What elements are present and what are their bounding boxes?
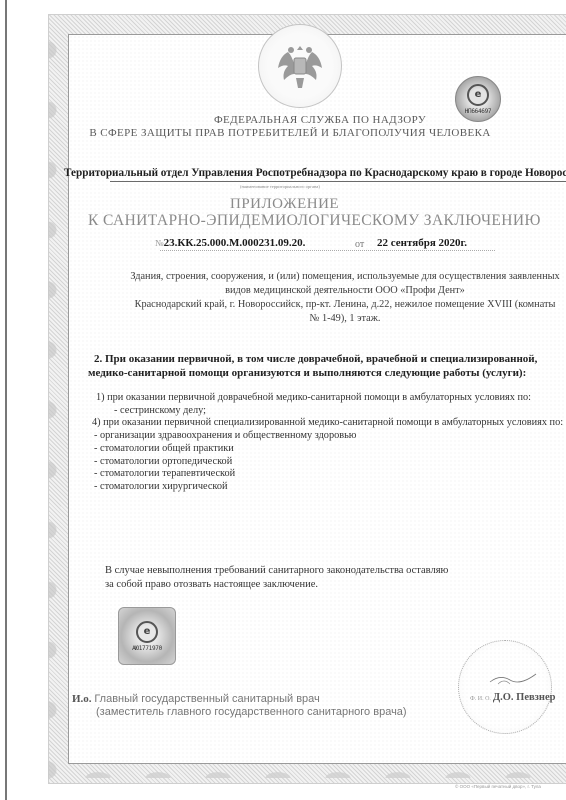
document-number: №23.КК.25.000.М.000231.09.20. <box>155 237 305 249</box>
warning-line: за собой право отозвать настоящее заключ… <box>105 578 448 592</box>
signature-block: И.о. Главный государственный санитарный … <box>72 693 407 719</box>
number-sign: № <box>155 238 164 248</box>
territorial-caption: (наименование территориального органа) <box>240 184 320 189</box>
revocation-warning: В случае невыполнения требований санитар… <box>105 564 448 592</box>
agency-name-line2: В СФЕРЕ ЗАЩИТЫ ПРАВ ПОТРЕБИТЕЛЕЙ И БЛАГО… <box>30 127 550 139</box>
section-line: 2. При оказании первичной, в том числе д… <box>94 352 537 366</box>
territorial-department: Территориальный отдел Управления Роспотр… <box>64 167 566 179</box>
handwritten-signature-icon <box>488 672 538 686</box>
appendix-subtitle: К САНИТАРНО-ЭПИДЕМИОЛОГИЧЕСКОМУ ЗАКЛЮЧЕН… <box>88 212 541 230</box>
work-subitem: - организации здравоохранения и обществе… <box>94 430 563 443</box>
warning-line: В случае невыполнения требований санитар… <box>105 564 448 578</box>
premises-line: Здания, строения, сооружения, и (или) по… <box>110 270 566 284</box>
premises-description: Здания, строения, сооружения, и (или) по… <box>110 270 566 326</box>
border-ornament-bottom <box>68 764 566 778</box>
work-subitem: - стоматологии ортопедической <box>94 456 563 469</box>
coat-of-arms-icon <box>258 24 342 108</box>
rospotrebnadzor-logo-icon: e <box>467 84 489 106</box>
scan-edge <box>5 0 7 800</box>
double-headed-eagle-icon <box>274 38 326 94</box>
signer-prefix: Ф. И. О. <box>470 696 491 702</box>
work-subitem: - стоматологии общей практики <box>94 443 563 456</box>
agency-name-line1: ФЕДЕРАЛЬНАЯ СЛУЖБА ПО НАДЗОРУ <box>60 114 566 126</box>
hologram-seal-bottom: e АЮ1771970 <box>118 607 176 665</box>
signer-title: Главный государственный санитарный врач <box>94 693 319 705</box>
premises-line: Краснодарский край, г. Новороссийск, пр-… <box>110 298 566 312</box>
work-item-1: 1) при оказании первичной доврачебной ме… <box>96 392 563 405</box>
printer-imprint: © ООО «Первый печатный двор», г. Тула <box>455 784 541 789</box>
premises-line: видов медицинской деятельности ООО «Проф… <box>110 284 566 298</box>
hologram-number: АЮ1771970 <box>132 645 162 652</box>
premises-line: № 1-49), 1 этаж. <box>110 312 566 326</box>
work-subitem: - сестринскому делу; <box>96 405 563 418</box>
appendix-title: ПРИЛОЖЕНИЕ <box>230 196 339 213</box>
section-line: медико-санитарной помощи организуются и … <box>88 366 537 380</box>
rospotrebnadzor-logo-icon: e <box>136 621 158 643</box>
signer-name: Ф. И. О.Д.О. Певзнер <box>470 692 555 703</box>
works-list: 1) при оказании первичной доврачебной ме… <box>96 392 563 494</box>
signer-title-deputy: (заместитель главного государственного с… <box>72 706 407 719</box>
work-subitem: - стоматологии хирургической <box>94 481 563 494</box>
work-subitem: - стоматологии терапевтической <box>94 468 563 481</box>
work-item-4: 4) при оказании первичной специализирова… <box>92 417 563 430</box>
document-number-value: 23.КК.25.000.М.000231.09.20. <box>164 237 306 249</box>
underline <box>110 181 566 182</box>
section-2-heading: 2. При оказании первичной, в том числе д… <box>94 352 537 380</box>
official-stamp <box>458 640 552 734</box>
acting-label: И.о. <box>72 693 92 705</box>
dotted-line <box>160 250 495 251</box>
document-date: 22 сентября 2020г. <box>377 237 467 249</box>
signer-name-value: Д.О. Певзнер <box>493 692 556 703</box>
from-label: от <box>355 239 364 250</box>
